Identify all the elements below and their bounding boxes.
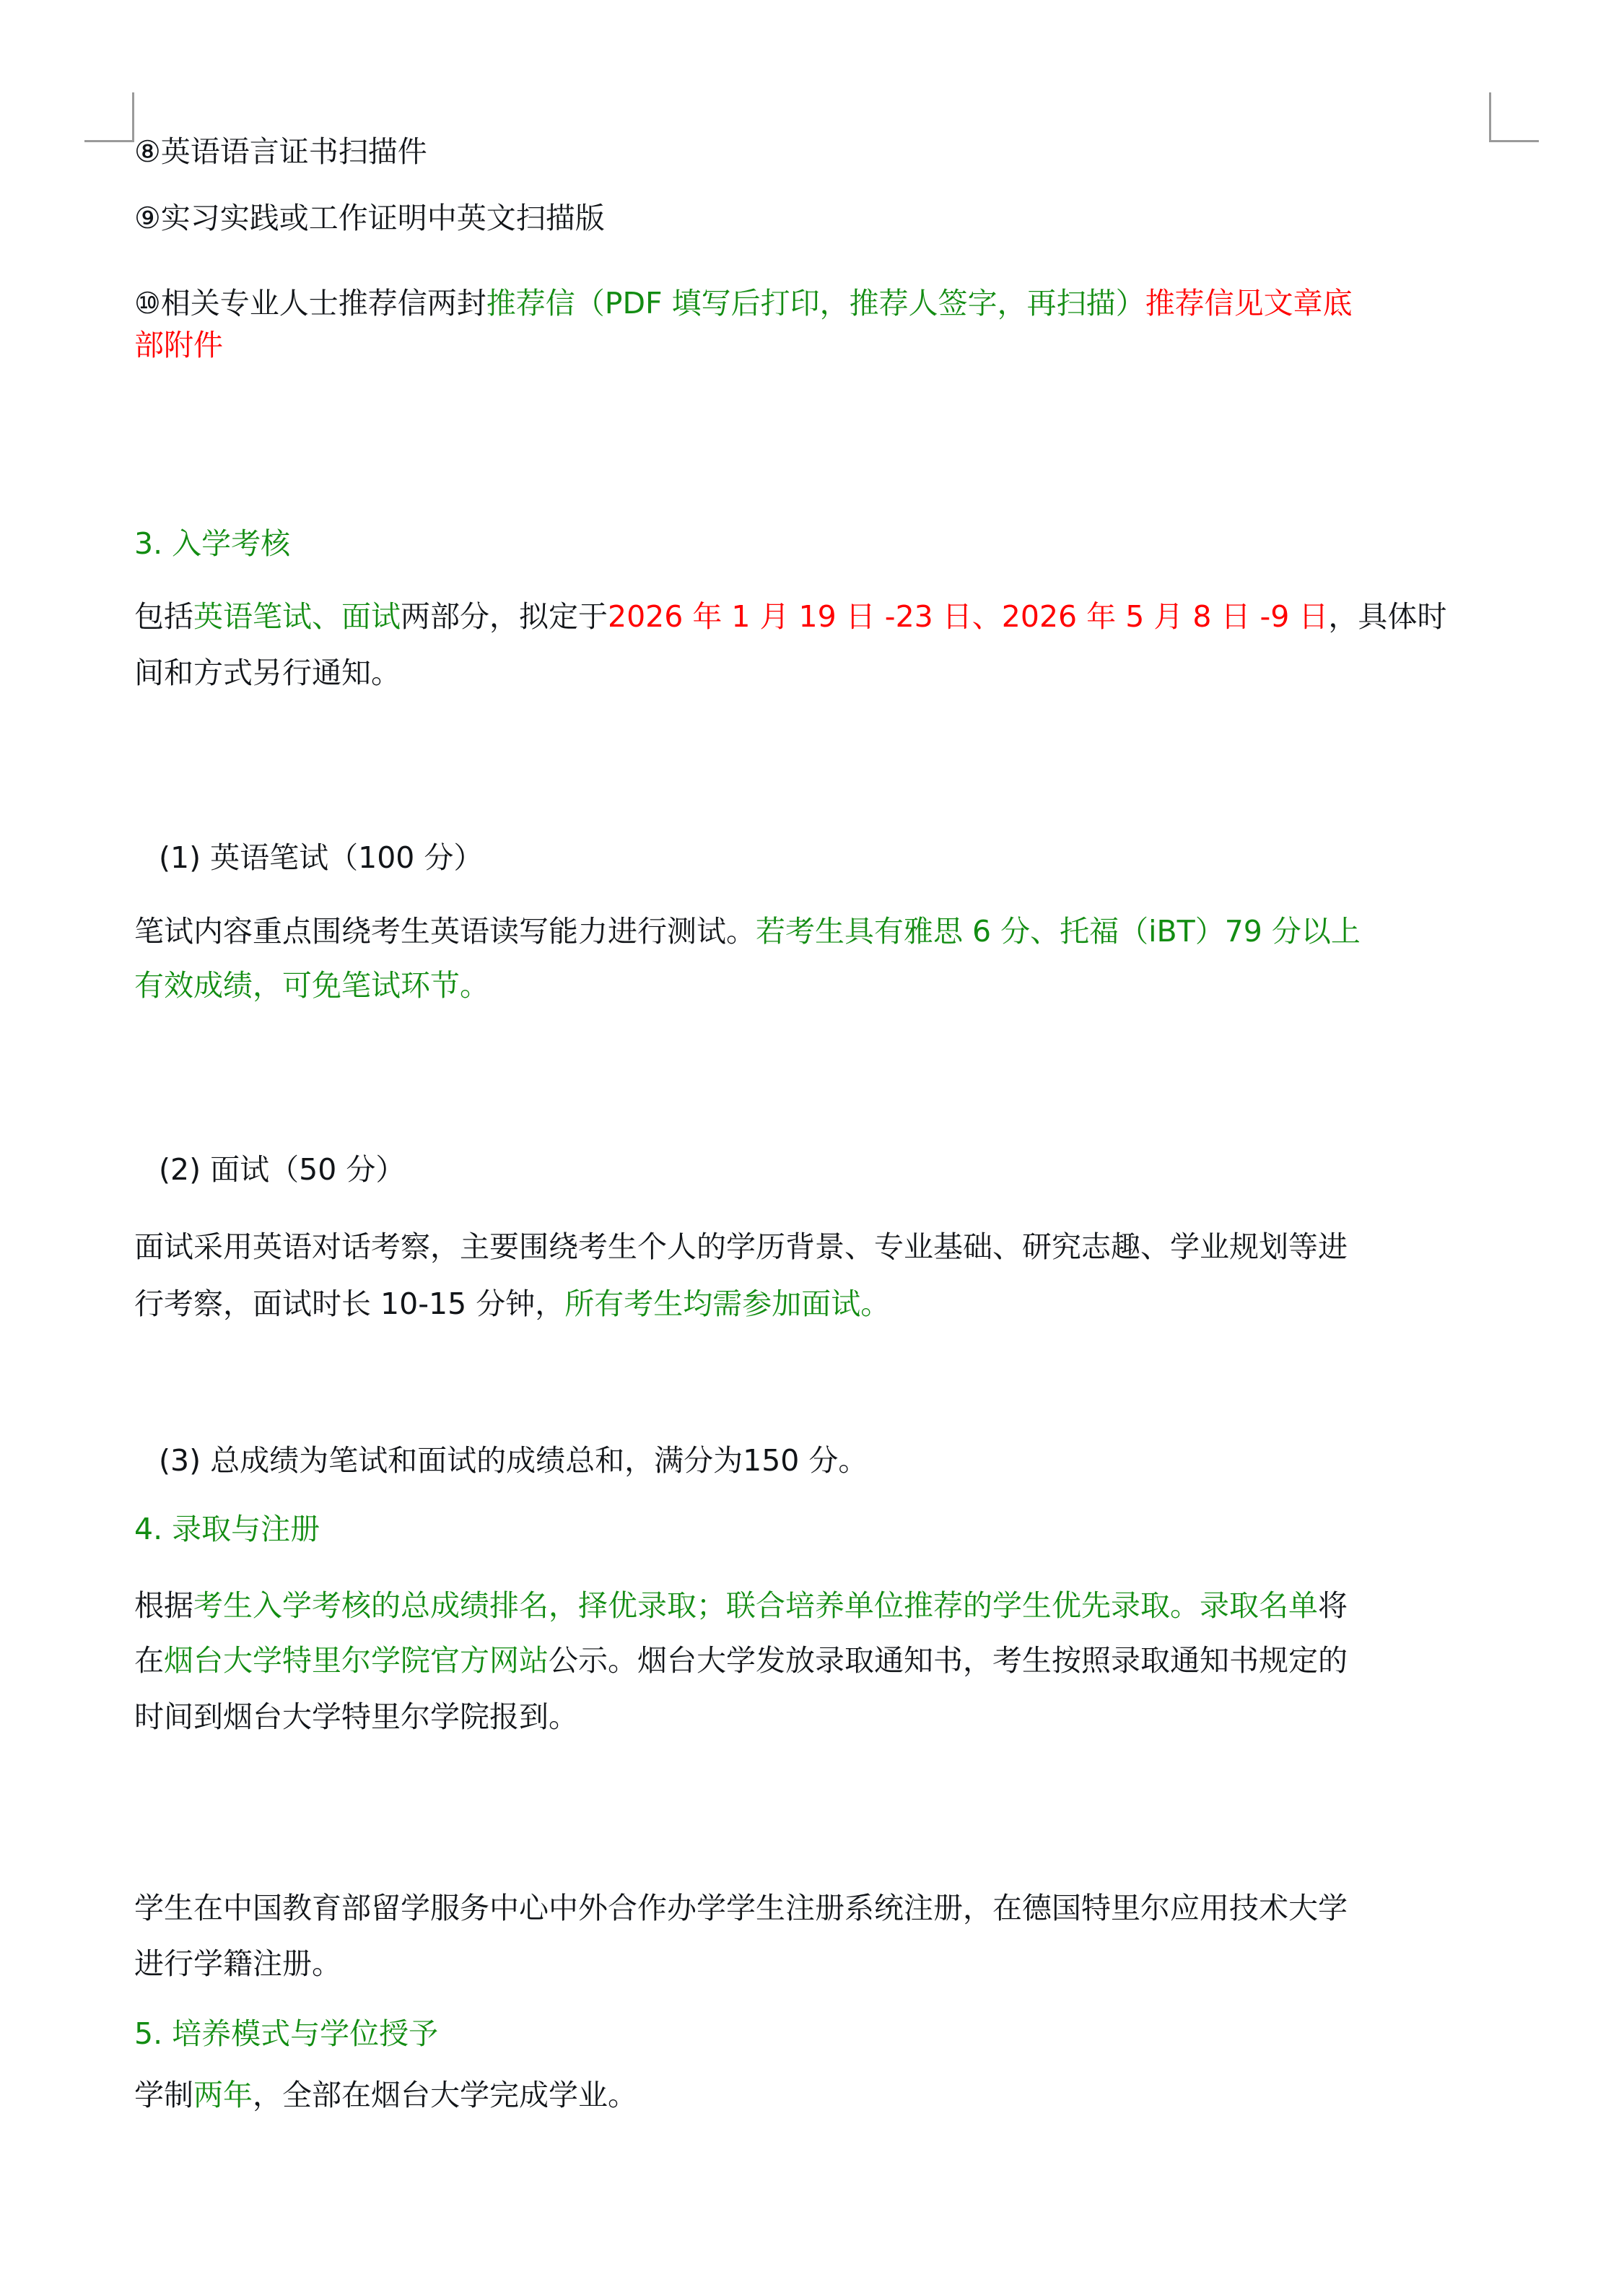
text-segment: (2) 面试（50 分） xyxy=(159,1152,405,1187)
doc-line-item8: ⑧英语语言证书扫描件 xyxy=(134,133,427,170)
text-segment: 将 xyxy=(1318,1588,1348,1623)
doc-line-sec4-p1-c: 时间到烟台大学特里尔学院报到。 xyxy=(134,1698,578,1736)
doc-line-sub2-p-a: 面试采用英语对话考察，主要围绕考生个人的学历背景、专业基础、研究志趣、学业规划等… xyxy=(134,1228,1348,1266)
doc-line-sub1-p-a: 笔试内容重点围绕考生英语读写能力进行测试。若考生具有雅思 6 分、托福（iBT）… xyxy=(134,913,1361,950)
text-segment: 有效成绩，可免笔试环节。 xyxy=(134,968,489,1003)
text-segment: (3) 总成绩为笔试和面试的成绩总和，满分为150 分。 xyxy=(159,1443,868,1478)
doc-line-sec4-p2-b: 进行学籍注册。 xyxy=(134,1945,341,1982)
text-segment: 面试采用英语对话考察，主要围绕考生个人的学历背景、专业基础、研究志趣、学业规划等… xyxy=(134,1229,1348,1264)
text-segment: 2026 年 1 月 19 日 -23 日、2026 年 5 月 8 日 -9 … xyxy=(608,599,1328,634)
doc-line-item10-b: 部附件 xyxy=(134,326,223,364)
doc-line-sec3-p1-a: 包括英语笔试、面试两部分，拟定于2026 年 1 月 19 日 -23 日、20… xyxy=(134,598,1446,635)
text-segment: (1) 英语笔试（100 分） xyxy=(159,840,483,875)
doc-line-sub2-p-b: 行考察，面试时长 10-15 分钟，所有考生均需参加面试。 xyxy=(134,1285,890,1323)
doc-line-sec4-p1-b: 在烟台大学特里尔学院官方网站公示。烟台大学发放录取通知书，考生按照录取通知书规定… xyxy=(134,1642,1348,1679)
doc-line-sec4-p2-a: 学生在中国教育部留学服务中心中外合作办学学生注册系统注册，在德国特里尔应用技术大… xyxy=(134,1889,1348,1927)
text-segment: 两部分，拟定于 xyxy=(401,599,608,634)
text-segment: 所有考生均需参加面试。 xyxy=(564,1286,890,1321)
text-segment: ，具体时 xyxy=(1328,599,1446,634)
text-segment: 部附件 xyxy=(134,328,223,362)
text-segment: ⑩相关专业人士推荐信两封 xyxy=(134,286,486,321)
text-segment: 若考生具有雅思 6 分、托福（iBT）79 分以上 xyxy=(756,914,1361,949)
doc-line-sec4-p1-a: 根据考生入学考核的总成绩排名，择优录取；联合培养单位推荐的学生优先录取。录取名单… xyxy=(134,1587,1348,1624)
doc-line-sub1-heading: (1) 英语笔试（100 分） xyxy=(159,839,483,876)
doc-line-sub3-line: (3) 总成绩为笔试和面试的成绩总和，满分为150 分。 xyxy=(159,1442,868,1479)
text-segment: 包括 xyxy=(134,599,193,634)
text-segment: 推荐信（PDF 填写后打印，推荐人签字，再扫描） xyxy=(486,286,1145,321)
page-corner-mark-top-right xyxy=(1489,92,1539,142)
doc-line-item10-a: ⑩相关专业人士推荐信两封推荐信（PDF 填写后打印，推荐人签字，再扫描）推荐信见… xyxy=(134,284,1353,322)
text-segment: 考生入学考核的总成绩排名，择优录取；联合培养单位推荐的学生优先录取。录取名单 xyxy=(193,1588,1318,1623)
text-segment: 根据 xyxy=(134,1588,193,1623)
text-segment: 学生在中国教育部留学服务中心中外合作办学学生注册系统注册，在德国特里尔应用技术大… xyxy=(134,1891,1348,1925)
text-segment: ⑨实习实践或工作证明中英文扫描版 xyxy=(134,201,605,235)
text-segment: 间和方式另行通知。 xyxy=(134,656,401,690)
doc-line-sec5-heading: 5. 培养模式与学位授予 xyxy=(134,2015,438,2052)
text-segment: 英语笔试、面试 xyxy=(193,599,401,634)
doc-line-sec4-heading: 4. 录取与注册 xyxy=(134,1510,320,1548)
text-segment: 推荐信见文章底 xyxy=(1145,286,1353,321)
text-segment: 笔试内容重点围绕考生英语读写能力进行测试。 xyxy=(134,914,756,949)
text-segment: 4. 录取与注册 xyxy=(134,1512,320,1546)
text-segment: 公示。烟台大学发放录取通知书，考生按照录取通知书规定的 xyxy=(549,1643,1348,1678)
text-segment: 行考察，面试时长 10-15 分钟， xyxy=(134,1286,564,1321)
page-corner-mark-top-left xyxy=(84,92,134,142)
text-segment: 烟台大学特里尔学院官方网站 xyxy=(164,1643,549,1678)
text-segment: 学制 xyxy=(134,2078,193,2112)
text-segment: ⑧英语语言证书扫描件 xyxy=(134,134,427,169)
text-segment: 时间到烟台大学特里尔学院报到。 xyxy=(134,1699,578,1734)
text-segment: ，全部在烟台大学完成学业。 xyxy=(253,2078,637,2112)
doc-line-sec3-heading: 3. 入学考核 xyxy=(134,525,290,562)
doc-line-sub1-p-b: 有效成绩，可免笔试环节。 xyxy=(134,967,489,1004)
doc-line-sec5-p1: 学制两年，全部在烟台大学完成学业。 xyxy=(134,2076,637,2114)
text-segment: 5. 培养模式与学位授予 xyxy=(134,2016,438,2051)
text-segment: 在 xyxy=(134,1643,164,1678)
doc-line-sub2-heading: (2) 面试（50 分） xyxy=(159,1151,405,1188)
doc-line-item9: ⑨实习实践或工作证明中英文扫描版 xyxy=(134,199,605,237)
doc-line-sec3-p1-b: 间和方式另行通知。 xyxy=(134,654,401,692)
text-segment: 进行学籍注册。 xyxy=(134,1946,341,1981)
text-segment: 两年 xyxy=(193,2078,253,2112)
text-segment: 3. 入学考核 xyxy=(134,526,290,561)
